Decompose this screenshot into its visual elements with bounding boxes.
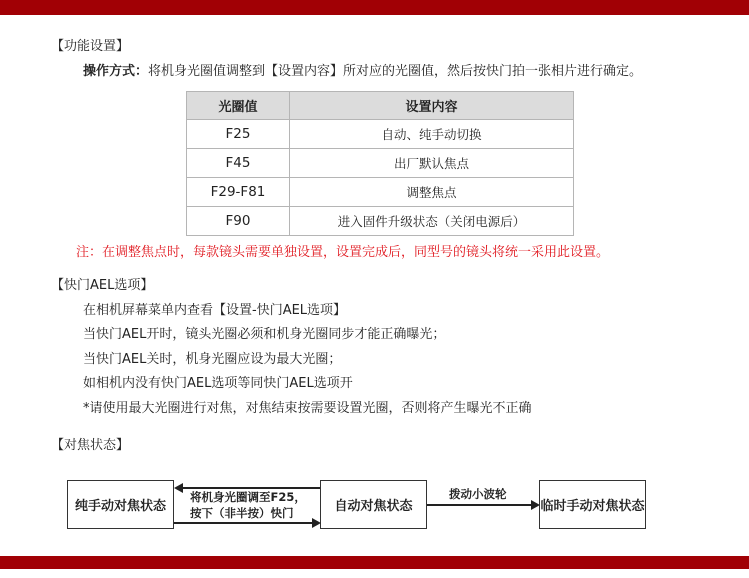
aperture-settings-table: 光圈值 设置内容 F25 自动、纯手动切换 F45 出厂默认焦点 F29-F81… [186,91,574,236]
arrow-right-icon [531,500,540,510]
table-row: F45 出厂默认焦点 [187,149,574,178]
ael-line: 如相机内没有快门AEL选项等同快门AEL选项开 [83,372,353,391]
cell-setting: 进入固件升级状态（关闭电源后） [290,207,574,236]
node-auto-focus: 自动对焦状态 [320,480,427,529]
section-title-focus-state: 【对焦状态】 [51,434,129,453]
ael-line: *请使用最大光圈进行对焦，对焦结束按需要设置光圈，否则将产生曝光不正确 [83,397,532,416]
cell-setting: 自动、纯手动切换 [290,120,574,149]
bottom-accent-bar [0,556,749,569]
top-accent-bar [0,0,749,15]
cell-aperture: F45 [187,149,290,178]
arrow-line-to-auto [174,522,312,524]
ael-line: 当快门AEL开时，镜头光圈必须和机身光圈同步才能正确曝光； [83,323,445,342]
cell-aperture: F25 [187,120,290,149]
cell-setting: 调整焦点 [290,178,574,207]
operation-text: 将机身光圈值调整到【设置内容】所对应的光圈值，然后按快门拍一张相片进行确定。 [148,64,642,79]
table-row: F90 进入固件升级状态（关闭电源后） [187,207,574,236]
cell-aperture: F29-F81 [187,178,290,207]
cell-aperture: F90 [187,207,290,236]
section-title-function-settings: 【功能设置】 [51,35,129,54]
arrow-left-icon [174,483,183,493]
table-row: F25 自动、纯手动切换 [187,120,574,149]
cell-setting: 出厂默认焦点 [290,149,574,178]
ael-line: 当快门AEL关时，机身光圈应设为最大光圈； [83,348,341,367]
operation-instruction: 操作方式：将机身光圈值调整到【设置内容】所对应的光圈值，然后按快门拍一张相片进行… [83,60,642,79]
header-setting: 设置内容 [290,92,574,120]
arrow-right-icon [312,518,321,528]
edge-label-f25-line1: 将机身光圈调至F25， [190,489,306,505]
edge-label-f25-line2: 按下（非半按）快门 [190,505,294,521]
table-row: F29-F81 调整焦点 [187,178,574,207]
node-manual-focus: 纯手动对焦状态 [67,480,174,529]
section-title-shutter-ael: 【快门AEL选项】 [51,274,153,293]
node-temp-manual-focus: 临时手动对焦状态 [539,480,646,529]
operation-label: 操作方式： [83,64,148,79]
edge-label-wheel: 拨动小波轮 [449,486,507,502]
focus-adjust-note: 注：在调整焦点时，每款镜头需要单独设置，设置完成后，同型号的镜头将统一采用此设置… [76,241,609,260]
ael-line: 在相机屏幕菜单内查看【设置-快门AEL选项】 [83,299,346,318]
arrow-line-to-temp [427,504,531,506]
header-aperture: 光圈值 [187,92,290,120]
table-header-row: 光圈值 设置内容 [187,92,574,120]
